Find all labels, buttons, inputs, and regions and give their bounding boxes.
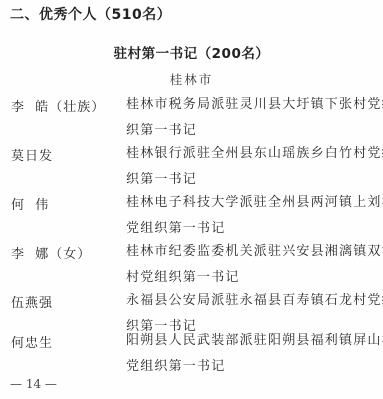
- person-position: 桂林市纪委监委机关派驻兴安县湘漓镇双河 村党组织第一书记: [126, 243, 376, 295]
- person-name: 何忠生: [11, 332, 53, 351]
- person-name: 李 皓（壮族）: [11, 96, 105, 115]
- sub-heading: 驻村第一书记（200名）: [0, 42, 383, 62]
- position-line: 桂林市税务局派驻灵川县大圩镇下张村党组: [126, 96, 376, 122]
- person-name: 何 伟: [11, 194, 49, 213]
- document-page: 二、优秀个人（510名） 驻村第一书记（200名） 桂林市 李 皓（壮族） 桂林…: [0, 0, 383, 399]
- page-number: — 14 —: [10, 377, 57, 391]
- position-line: 永福县公安局派驻永福县百寿镇石龙村党组: [126, 292, 376, 318]
- person-position: 桂林电子科技大学派驻全州县两河镇上刘村 党组织第一书记: [126, 194, 376, 246]
- person-position: 桂林银行派驻全州县东山瑶族乡白竹村党组 织第一书记: [126, 145, 376, 197]
- section-heading: 二、优秀个人（510名）: [10, 4, 171, 24]
- person-name: 李 娜（女）: [11, 243, 91, 262]
- region-heading: 桂林市: [0, 70, 383, 88]
- person-position: 阳朔县人民武装部派驻阳朔县福利镇屏山村 党组织第一书记: [126, 332, 376, 384]
- position-line: 桂林市纪委监委机关派驻兴安县湘漓镇双河: [126, 243, 376, 269]
- position-line: 桂林银行派驻全州县东山瑶族乡白竹村党组: [126, 145, 376, 171]
- person-name: 伍燕强: [11, 292, 53, 311]
- position-line: 党组织第一书记: [126, 358, 376, 384]
- person-position: 桂林市税务局派驻灵川县大圩镇下张村党组 织第一书记: [126, 96, 376, 148]
- position-line: 桂林电子科技大学派驻全州县两河镇上刘村: [126, 194, 376, 220]
- person-name: 莫日发: [11, 145, 53, 164]
- position-line: 阳朔县人民武装部派驻阳朔县福利镇屏山村: [126, 332, 376, 358]
